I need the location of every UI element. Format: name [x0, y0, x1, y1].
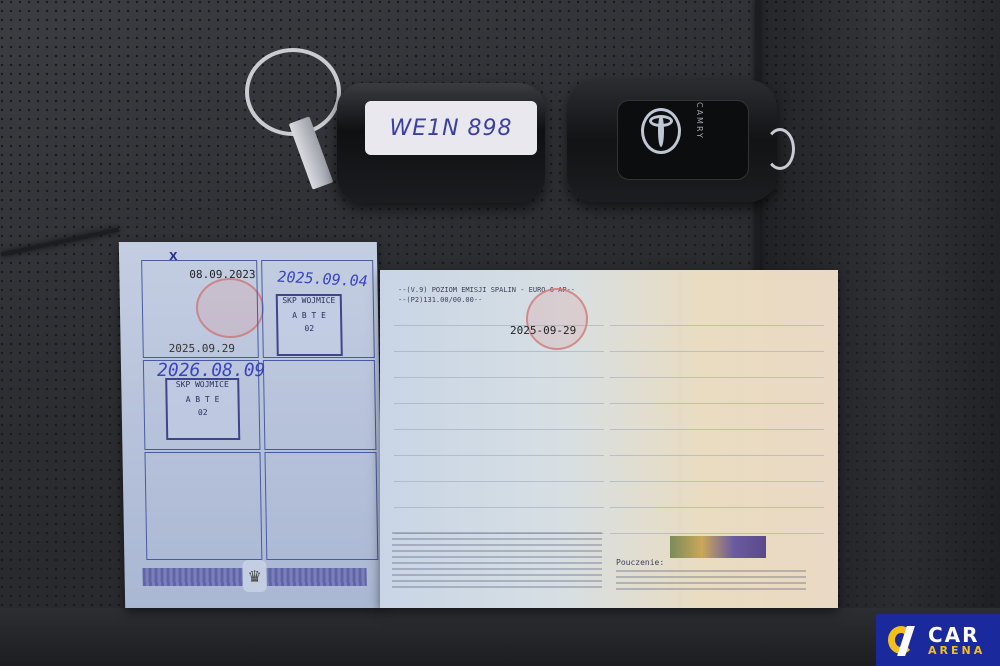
stamp-line: SKP WOJMICE: [278, 296, 340, 305]
stamp-line: SKP WOJMICE: [167, 380, 237, 389]
stamp-line: A B T E: [278, 311, 340, 320]
inspection-box: [263, 360, 377, 450]
certificate-left-page: X 08.09.2023 2025.09.04 SKP WOJMICE A B …: [119, 242, 383, 608]
stamp-line: 02: [168, 408, 238, 417]
fob-panel: [617, 100, 749, 180]
entry-lines: [394, 300, 604, 534]
notes-heading: Pouczenie:: [616, 558, 664, 567]
key-label: WE1N 898: [365, 101, 537, 155]
polish-eagle-emblem-icon: ♛: [242, 560, 267, 592]
key-fob-left: WE1N 898: [337, 83, 545, 203]
seat-bottom-shadow: [0, 608, 1000, 666]
hologram: [670, 536, 766, 558]
printed-date: 2025.09.29: [169, 342, 235, 355]
registration-certificate: X 08.09.2023 2025.09.04 SKP WOJMICE A B …: [122, 242, 842, 608]
station-stamp: SKP WOJMICE A B T E 02: [165, 378, 240, 440]
station-stamp: SKP WOJMICE A B T E 02: [276, 294, 343, 356]
small-key-ring: [765, 128, 795, 170]
inspection-box: [144, 452, 262, 560]
stamp-line: 02: [278, 324, 340, 333]
inspection-box: [264, 452, 378, 560]
brand-line2: ARENA: [928, 645, 985, 656]
brand-line1: CAR: [928, 625, 985, 645]
entry-lines: [610, 300, 824, 534]
key-fob-right: CAMRY: [567, 80, 777, 202]
fob-model-text: CAMRY: [695, 102, 704, 140]
toyota-logo-icon: [641, 108, 681, 154]
fine-print: [392, 532, 602, 592]
car-arena-logo-icon: [888, 624, 920, 656]
stamp-line: A B T E: [167, 395, 237, 404]
car-arena-watermark: CAR ARENA: [876, 614, 1000, 666]
fine-print: [616, 570, 806, 592]
